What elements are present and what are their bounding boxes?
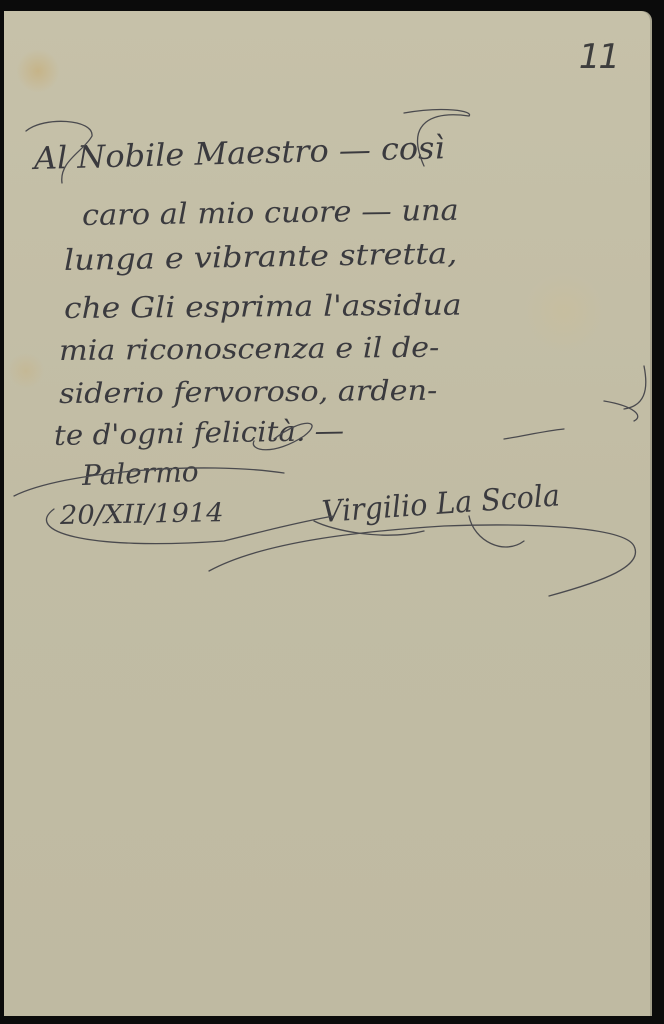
letter-line-4: che Gli esprima l'assidua [64, 288, 462, 325]
letter-line-1: Al Nobile Maestro — così [34, 130, 446, 177]
signature: Virgilio La Scola [321, 478, 561, 530]
letter-line-2: caro al mio cuore — una [82, 193, 459, 232]
letter-line-3: lunga e vibrante stretta, [64, 236, 458, 277]
page-number: 11 [579, 37, 618, 77]
letter-date: 20/XII/1914 [60, 498, 224, 531]
letter-page: 11 Al Nobile Maestro — così caro al mio … [4, 11, 652, 1016]
place-name: Palermo [81, 455, 199, 492]
letter-line-6: siderio fervoroso, arden- [59, 374, 438, 410]
letter-line-7: te d'ogni felicità. — [54, 414, 345, 452]
letter-line-5: mia riconoscenza e il de- [59, 331, 440, 367]
